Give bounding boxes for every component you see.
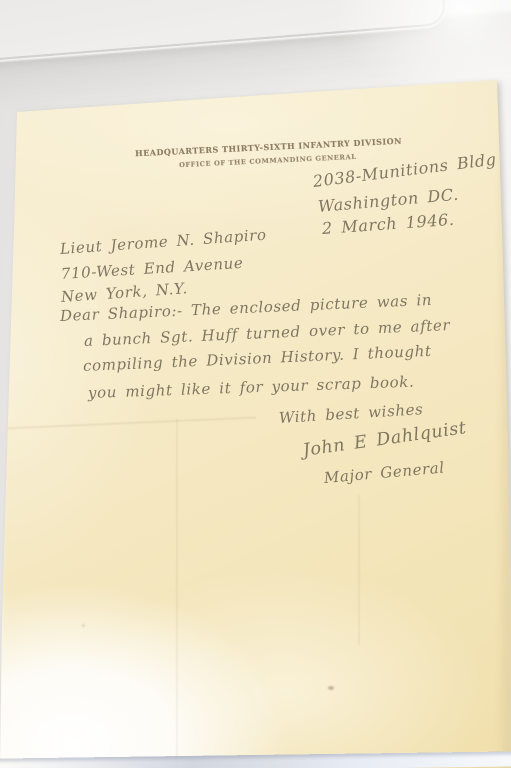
body-line: you might like it for your scrap book. — [88, 373, 415, 402]
paper-speck — [328, 686, 334, 690]
fold-crease-vertical-right — [358, 495, 360, 645]
recipient-name: Lieut Jerome N. Shapiro — [59, 226, 267, 258]
letter-paper: HEADQUARTERS THIRTY-SIXTH INFANTRY DIVIS… — [0, 0, 511, 768]
fold-crease-vertical-left — [176, 418, 178, 768]
signer-title: Major General — [323, 458, 445, 486]
letterhead-line-1: HEADQUARTERS THIRTY-SIXTH INFANTRY DIVIS… — [135, 136, 402, 159]
letterhead-line-2: OFFICE OF THE COMMANDING GENERAL — [179, 153, 357, 169]
paper-speck — [82, 624, 85, 627]
signature: John E Dahlquist — [302, 418, 468, 461]
fold-crease-horizontal — [4, 417, 256, 430]
photo-of-letter: HEADQUARTERS THIRTY-SIXTH INFANTRY DIVIS… — [0, 0, 511, 768]
closing-line: With best wishes — [278, 400, 423, 427]
recipient-street: 710-West End Avenue — [60, 254, 243, 283]
letter-paper-wrapper: HEADQUARTERS THIRTY-SIXTH INFANTRY DIVIS… — [0, 0, 511, 768]
